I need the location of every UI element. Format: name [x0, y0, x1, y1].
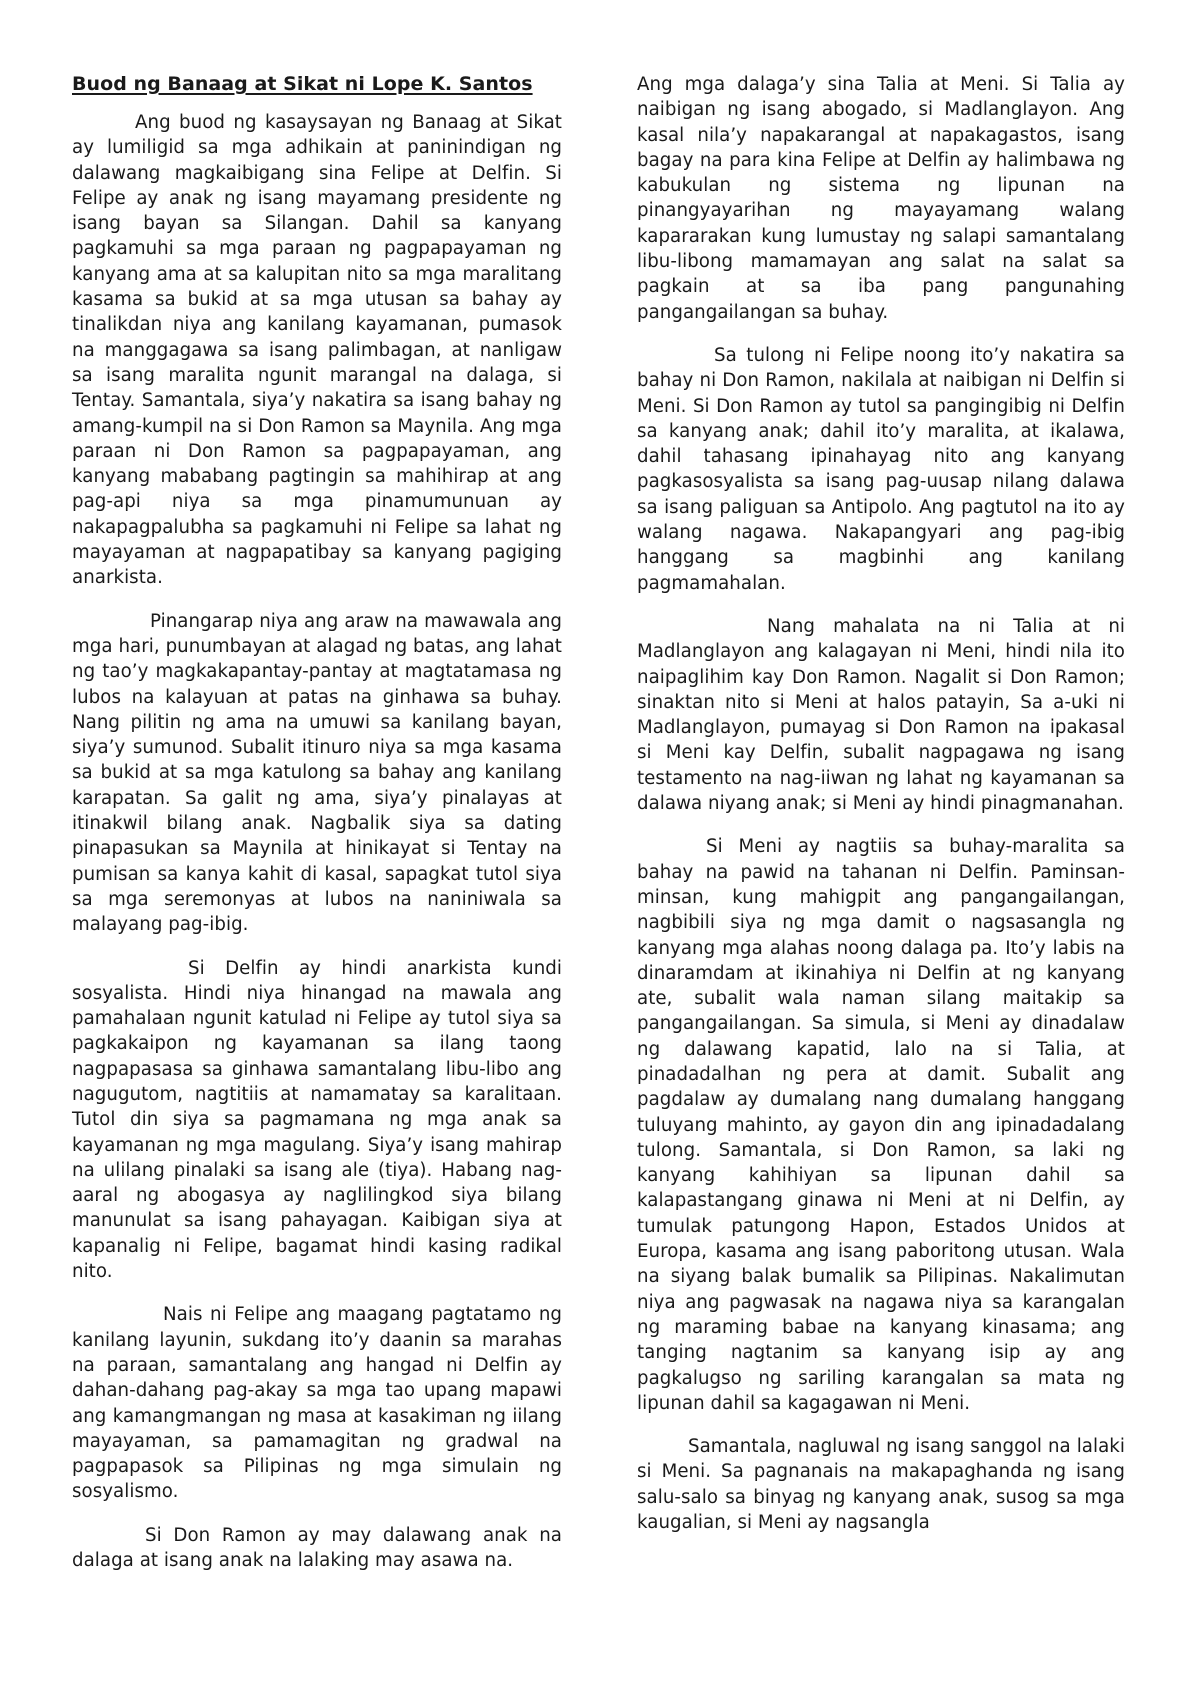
- paragraph-right-4: Si Meni ay nagtiis sa buhay-maralita sa …: [637, 834, 1125, 1416]
- document-title: Buod ng Banaag at Sikat ni Lope K. Santo…: [72, 72, 562, 97]
- paragraph-right-3: Nang mahalata na ni Talia at ni Madlangl…: [637, 614, 1125, 816]
- right-column: Ang mga dalaga’y sina Talia at Meni. Si …: [637, 72, 1125, 1553]
- document-page: Buod ng Banaag at Sikat ni Lope K. Santo…: [0, 0, 1200, 1696]
- paragraph-right-2: Sa tulong ni Felipe noong ito’y nakatira…: [637, 343, 1125, 596]
- paragraph-left-1: Ang buod ng kasaysayan ng Banaag at Sika…: [72, 110, 562, 591]
- paragraph-left-5: Si Don Ramon ay may dalawang anak na dal…: [72, 1523, 562, 1574]
- left-column: Buod ng Banaag at Sikat ni Lope K. Santo…: [72, 72, 562, 1591]
- paragraph-left-3: Si Delfin ay hindi anarkista kundi sosya…: [72, 956, 562, 1285]
- paragraph-right-1: Ang mga dalaga’y sina Talia at Meni. Si …: [637, 72, 1125, 325]
- paragraph-left-4: Nais ni Felipe ang maagang pagtatamo ng …: [72, 1302, 562, 1504]
- paragraph-right-5: Samantala, nagluwal ng isang sanggol na …: [637, 1434, 1125, 1535]
- paragraph-left-2: Pinangarap niya ang araw na mawawala ang…: [72, 609, 562, 938]
